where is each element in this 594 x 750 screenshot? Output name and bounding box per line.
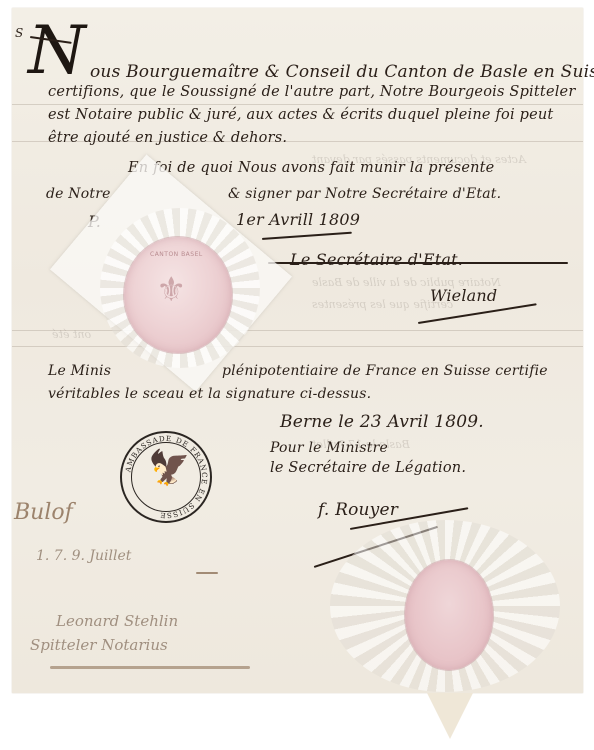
legalization-line-8: véritables le sceau et la signature ci-d…: [48, 386, 371, 402]
pour-le-ministre: Pour le Ministre: [270, 440, 388, 456]
secretary-signature: Wieland: [430, 286, 497, 305]
seal-legend: CANTON BASEL: [150, 251, 203, 258]
body-line-6a: de Notre: [46, 186, 111, 202]
body-line-2: certifions, que le Soussigné de l'autre …: [48, 84, 575, 100]
coat-of-arms-emblem-icon: ⚜: [156, 273, 186, 307]
bleed-swash: [196, 572, 218, 574]
legalization-line-7b: plénipotentiaire de France en Suisse cer…: [222, 363, 548, 379]
calligraphic-initial: N: [28, 18, 86, 84]
body-line-5: En foi de quoi Nous avons fait munir la …: [128, 160, 494, 176]
bleed-through-note: 1. 7. 9. Juillet: [36, 548, 131, 564]
secretary-swash: [268, 262, 568, 264]
body-line-3: est Notaire public & juré, aux actes & é…: [48, 107, 553, 123]
body-line-6b: & signer par Notre Secrétaire d'Etat.: [228, 186, 501, 202]
bleed-through-note: Bulof: [14, 500, 73, 525]
wax-seal-lower: [405, 560, 493, 670]
legalization-date: Berne le 23 Avril 1809.: [280, 412, 484, 432]
bleed-through-note: Leonard Stehlin: [56, 612, 178, 630]
body-line-4: être ajouté en justice & dehors.: [48, 130, 287, 146]
wax-seal-basle: ⚜ CANTON BASEL: [124, 237, 232, 353]
secretary-title: Le Secrétaire d'Etat.: [290, 250, 463, 269]
ribbon-tab: [427, 693, 473, 739]
legation-signature: f. Rouyer: [318, 500, 398, 520]
fold-line: [12, 104, 583, 105]
eagle-icon: 🦅: [148, 451, 190, 485]
margin-mark: S: [15, 26, 23, 40]
bleed-swash: [50, 666, 250, 669]
legalization-line-7a: Le Minis: [48, 363, 111, 379]
embassy-stamp: AMBASSADE DE FRANCE EN SUISSE 🦅: [120, 431, 212, 523]
bleed-through-text: ont été: [52, 328, 91, 341]
bleed-through-note: Spitteler Notarius: [30, 636, 168, 654]
issue-date: 1er Avrill 1809: [236, 210, 360, 229]
fold-line: [12, 346, 583, 347]
legation-title: le Secrétaire de Légation.: [270, 460, 466, 476]
fold-line: [12, 330, 583, 331]
header-line: ous Bourguemaître & Conseil du Canton de…: [90, 62, 594, 82]
